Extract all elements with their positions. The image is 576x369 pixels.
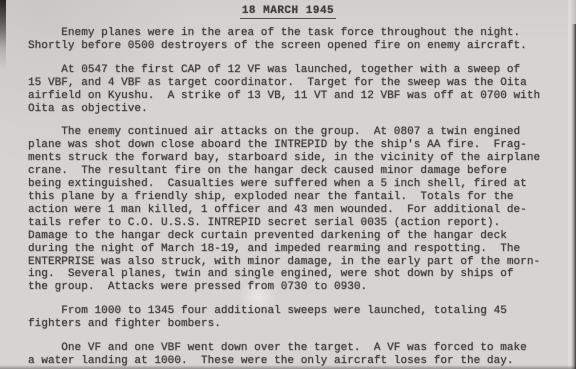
- text-line: Oita as objective.: [28, 103, 548, 116]
- text-line: From 1000 to 1345 four additional sweeps…: [28, 305, 548, 318]
- text-line: fighters and fighter bombers.: [28, 318, 548, 331]
- text-line: Enemy planes were in the area of the tas…: [28, 27, 548, 40]
- text-line: tails refer to C.O. U.S.S. INTREPID secr…: [28, 217, 548, 230]
- document-page: 18 MARCH 1945 Enemy planes were in the a…: [0, 0, 576, 369]
- text-line: plane was shot down close aboard the INT…: [28, 139, 548, 152]
- text-line: being extinguished. Casualties were suff…: [28, 178, 548, 191]
- paragraph: The enemy continued air attacks on the g…: [28, 126, 548, 294]
- text-line: Damage to the hangar deck curtain preven…: [28, 230, 548, 243]
- text-line: crane. The resultant fire on the hangar …: [28, 165, 548, 178]
- text-line: during the night of March 18-19, and imp…: [28, 243, 548, 256]
- page-edge-right-shadow: [571, 0, 576, 369]
- text-line: ENTERPRISE was also struck, with minor d…: [28, 256, 548, 269]
- text-line: The enemy continued air attacks on the g…: [28, 126, 548, 139]
- text-line: ments struck the forward bay, starboard …: [28, 152, 548, 165]
- text-line: One VF and one VBF went down over the ta…: [28, 342, 548, 355]
- text-line: Shortly before 0500 destroyers of the sc…: [28, 40, 548, 53]
- page-edge-bottom-shadow: [0, 365, 576, 369]
- text-line: ing. Several planes, twin and single eng…: [28, 268, 548, 281]
- text-line: At 0547 the first CAP of 12 VF was launc…: [28, 64, 548, 77]
- text-line: the group. Attacks were pressed from 073…: [28, 281, 548, 294]
- document-title: 18 MARCH 1945: [28, 5, 548, 19]
- document-title-text: 18 MARCH 1945: [240, 5, 336, 19]
- text-line: 15 VBF, and 4 VBF as target coordinator.…: [28, 77, 548, 90]
- paragraph: From 1000 to 1345 four additional sweeps…: [28, 305, 548, 331]
- document-body: Enemy planes were in the area of the tas…: [28, 27, 548, 368]
- text-line: airfield on Kyushu. A strike of 13 VB, 1…: [28, 90, 548, 103]
- text-line: this plane by a friendly ship, exploded …: [28, 191, 548, 204]
- paragraph: One VF and one VBF went down over the ta…: [28, 342, 548, 368]
- paragraph: At 0547 the first CAP of 12 VF was launc…: [28, 64, 548, 116]
- text-line: action were 1 man killed, 1 officer and …: [28, 204, 548, 217]
- page-edge-left-shadow: [0, 0, 6, 70]
- paragraph: Enemy planes were in the area of the tas…: [28, 27, 548, 53]
- page-edge-right-top-gap: [571, 0, 576, 24]
